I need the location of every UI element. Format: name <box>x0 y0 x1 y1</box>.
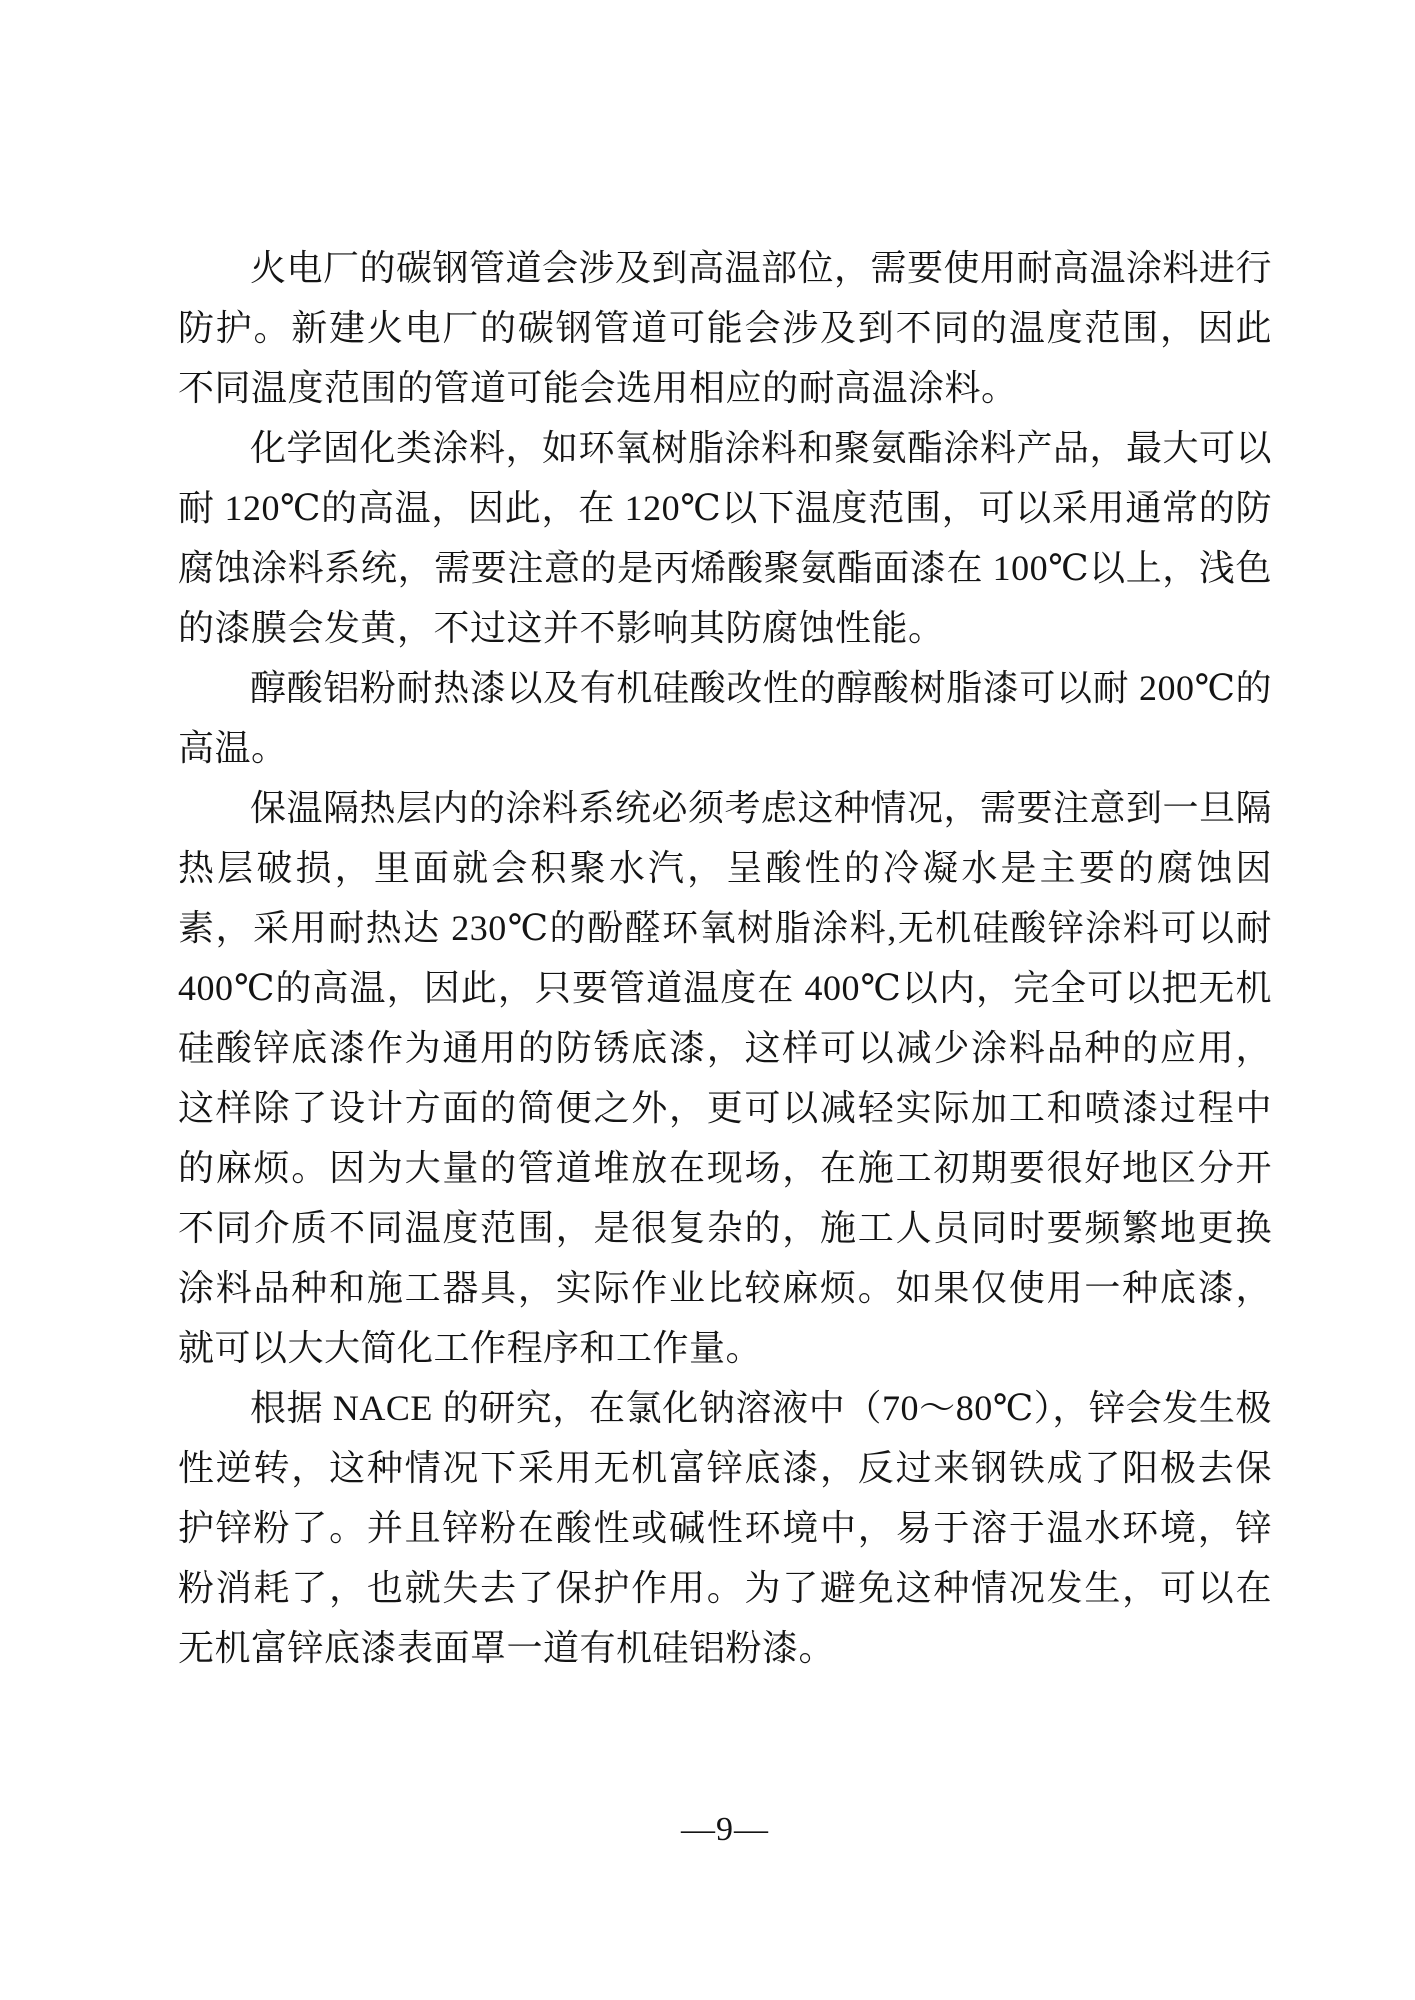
paragraph-nace-research: 根据 NACE 的研究，在氯化钠溶液中（70～80℃），锌会发生极性逆转，这种情… <box>178 1378 1272 1678</box>
paragraph-insulation-layer-coatings: 保温隔热层内的涂料系统必须考虑这种情况，需要注意到一旦隔热层破损，里面就会积聚水… <box>178 778 1272 1378</box>
document-body: 火电厂的碳钢管道会涉及到高温部位，需要使用耐高温涂料进行防护。新建火电厂的碳钢管… <box>178 238 1272 1678</box>
paragraph-heat-resistant-intro: 火电厂的碳钢管道会涉及到高温部位，需要使用耐高温涂料进行防护。新建火电厂的碳钢管… <box>178 238 1272 418</box>
document-page: 火电厂的碳钢管道会涉及到高温部位，需要使用耐高温涂料进行防护。新建火电厂的碳钢管… <box>0 0 1415 2000</box>
paragraph-chemical-curing-coatings: 化学固化类涂料，如环氧树脂涂料和聚氨酯涂料产品，最大可以耐 120℃的高温，因此… <box>178 418 1272 658</box>
page-number: —9— <box>178 1808 1272 1852</box>
paragraph-alkyd-aluminum-paint: 醇酸铝粉耐热漆以及有机硅酸改性的醇酸树脂漆可以耐 200℃的高温。 <box>178 658 1272 778</box>
